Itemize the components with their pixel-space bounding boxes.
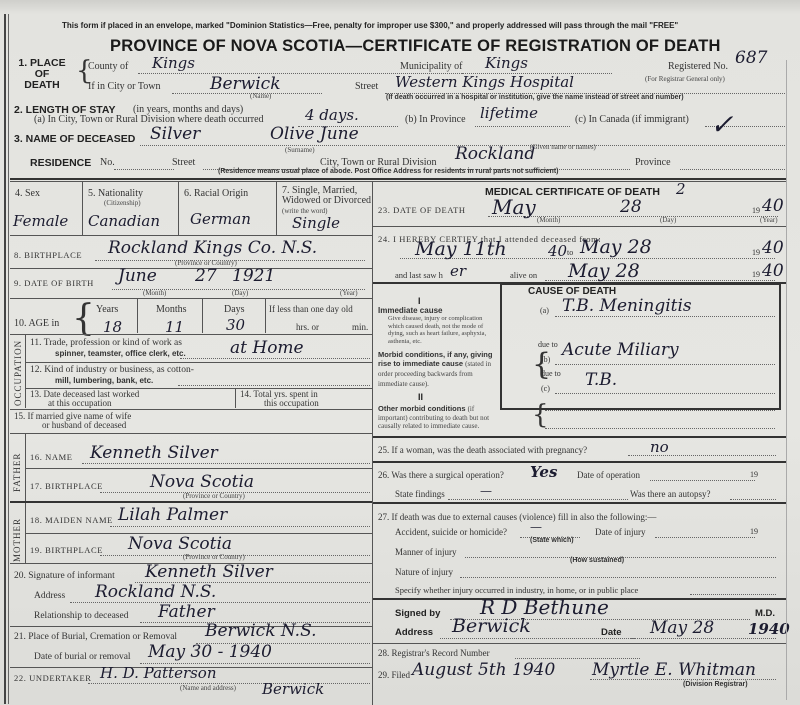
nationality-note: (Citizenship) <box>104 199 141 207</box>
row-divider <box>373 226 786 227</box>
col-divider <box>276 182 277 235</box>
municipality-label: Municipality of <box>400 61 463 72</box>
father-birthplace-label: 17. BIRTHPLACE <box>30 481 103 491</box>
q25-label: 25. If a woman, was the death associated… <box>378 445 587 455</box>
signature-address: Berwick <box>452 615 531 637</box>
dob-year: 1921 <box>232 266 275 286</box>
immediate-cause-note: Give disease, injury or complication whi… <box>388 315 496 345</box>
registered-note: (For Registrar General only) <box>645 75 725 83</box>
brace: { <box>532 400 549 430</box>
death-certificate: This form if placed in an envelope, mark… <box>0 0 800 705</box>
undertaker-name: H. D. Patterson <box>100 664 217 682</box>
nature-line <box>460 577 776 578</box>
autopsy-line <box>730 499 776 500</box>
signature-address-line <box>440 638 635 639</box>
signature-address-label: Address <box>395 627 433 638</box>
row-divider <box>373 643 786 644</box>
injury-year-prefix: 19 <box>750 527 758 536</box>
brace: { <box>72 298 95 339</box>
section-divider <box>10 181 786 182</box>
marital-label-line: Widowed or Divorced <box>282 196 371 206</box>
dod-year: 40 <box>762 196 784 216</box>
signature-date: May 28 <box>650 618 714 638</box>
informant-address-label: Address <box>34 591 65 601</box>
cause-roman-2: II <box>418 392 423 402</box>
burial-date: May 30 - 1940 <box>148 642 272 662</box>
registered-number: 687 <box>735 48 767 68</box>
col-divider <box>235 388 236 408</box>
dob-year-note: (Year) <box>340 289 358 297</box>
dod-month-note: (Month) <box>537 216 560 224</box>
father-birthplace-note: (Province or Country) <box>183 492 245 500</box>
mother-maiden-label: 18. MAIDEN NAME <box>30 515 113 525</box>
street-note: (If death occurred in a hospital or inst… <box>386 94 684 101</box>
burial-place-label: 21. Place of Burial, Cremation or Remova… <box>14 632 177 642</box>
undertaker-note: (Name and address) <box>180 684 236 692</box>
racial-origin-value: German <box>190 210 251 228</box>
operation-date-line <box>650 480 755 481</box>
q13-line2: at this occupation <box>30 399 139 408</box>
morbid-conditions-label: Morbid conditions, if any, giving rise t… <box>378 350 496 389</box>
sex-label: 4. Sex <box>15 188 40 199</box>
row-divider <box>10 235 372 236</box>
q12-examples: mill, lumbering, bank, etc. <box>55 376 153 385</box>
q14-line2: this occupation <box>240 399 319 408</box>
age-days-label: Days <box>224 304 245 315</box>
signature-date-line <box>630 638 776 639</box>
burial-date-label: Date of burial or removal <box>34 652 131 662</box>
burial-place: Berwick N.S. <box>205 621 317 641</box>
registrar-record-line <box>515 658 640 659</box>
injury-date-line <box>655 537 755 538</box>
col-divider <box>25 434 26 563</box>
row-divider <box>10 409 372 410</box>
age-label: 10. AGE in <box>14 318 59 329</box>
state-which-note: (State which) <box>530 537 574 544</box>
dod-day: 28 <box>620 197 642 217</box>
place-of-death-label: 1. PLACE OF DEATH <box>14 58 70 91</box>
father-birthplace: Nova Scotia <box>150 472 254 492</box>
stay-province-label: (b) In Province <box>405 114 466 125</box>
birthplace-value: Rockland Kings Co. N.S. <box>108 238 317 258</box>
county-label: County of <box>88 61 128 72</box>
dod-year-note: (Year) <box>760 216 778 224</box>
residence-province-line <box>680 169 785 170</box>
page-title: PROVINCE OF NOVA SCOTIA—CERTIFICATE OF R… <box>110 37 721 56</box>
father-name-line <box>82 463 370 464</box>
informant-address: Rockland N.S. <box>95 582 216 602</box>
alive-on-label: alive on <box>510 270 537 280</box>
row-divider <box>10 334 372 335</box>
dod-label: 23. DATE OF DEATH <box>378 205 466 215</box>
row-divider <box>10 433 372 434</box>
residence-label: RESIDENCE <box>30 157 91 169</box>
informant-address-line <box>70 602 370 603</box>
cause-a-label: (a) <box>540 306 549 315</box>
cause-a-line <box>555 316 775 317</box>
residence-note: (Residence means usual place of abode. P… <box>218 168 559 175</box>
undertaker-address: Berwick <box>262 680 324 698</box>
residence-city: Rockland <box>455 144 535 164</box>
signature-date-label: Date <box>601 627 622 638</box>
dod-day-note: (Day) <box>660 216 676 224</box>
other-conditions-label: Other morbid conditions (if important) c… <box>378 405 496 431</box>
cause-b-value: Acute Miliary <box>562 340 679 360</box>
checkmark-icon: ✓ <box>710 108 733 141</box>
street-label: Street <box>355 81 378 92</box>
stay-city-value: 4 days. <box>305 106 359 124</box>
right-edge <box>786 60 787 700</box>
row-divider <box>10 501 372 503</box>
stay-city-label: (a) In City, Town or Rural Division wher… <box>34 114 264 125</box>
relationship-value: Father <box>158 602 215 622</box>
given-note: (Given name or names) <box>530 143 596 151</box>
cause-a-value: T.B. Meningitis <box>562 296 692 316</box>
manner-label: Manner of injury <box>395 547 456 557</box>
surname-note: (Surname) <box>285 146 315 154</box>
q11-line <box>180 358 370 359</box>
nature-label: Nature of injury <box>395 567 453 577</box>
alive-year: 40 <box>762 261 784 281</box>
stay-canada-label: (c) In Canada (if immigrant) <box>575 114 689 125</box>
specify-label: Specify whether injury occurred in indus… <box>395 585 638 595</box>
mother-birthplace-note: (Province or Country) <box>183 553 245 561</box>
col-divider <box>265 298 266 333</box>
autopsy-label: Was there an autopsy? <box>630 489 711 499</box>
cause-b-line <box>555 364 775 365</box>
q11-examples: spinner, teamster, office clerk, etc. <box>55 349 186 358</box>
row-divider <box>25 362 372 363</box>
col-divider <box>82 182 83 235</box>
q11-value: at Home <box>230 338 304 358</box>
marital-value: Single <box>292 214 340 232</box>
age-less-label: If less than one day old <box>269 304 353 314</box>
dob-label: 9. DATE OF BIRTH <box>14 278 94 288</box>
division-registrar-signature: Myrtle E. Whitman <box>592 660 756 680</box>
due-to-label-2: due to <box>541 369 561 378</box>
row-divider <box>25 468 372 469</box>
dob-day: 27 <box>195 266 217 286</box>
cause-b-label: (b) <box>541 355 550 364</box>
city-label: If in City or Town <box>88 81 160 92</box>
col-divider <box>137 298 138 333</box>
attended-to: May 28 <box>580 236 652 258</box>
deceased-surname: Silver <box>150 124 200 144</box>
stay-province-line <box>475 126 570 127</box>
q25-value: no <box>650 438 669 456</box>
division-registrar-note: (Division Registrar) <box>683 681 748 688</box>
findings-line <box>448 499 628 500</box>
row-divider <box>373 461 786 463</box>
residence-province-label: Province <box>635 157 671 168</box>
father-name: Kenneth Silver <box>90 443 218 463</box>
mother-birthplace-label: 19. BIRTHPLACE <box>30 545 103 555</box>
dod-month: May <box>492 195 536 219</box>
col-divider <box>202 298 203 333</box>
signed-by-label: Signed by <box>395 608 440 619</box>
mother-birthplace: Nova Scotia <box>128 534 232 554</box>
nationality-label: 5. Nationality <box>88 188 143 199</box>
residence-no-label: No. <box>100 157 115 168</box>
dod-year-prefix: 19 <box>752 206 760 215</box>
medical-title-mark: 2 <box>676 180 686 198</box>
registrar-record-label: 28. Registrar's Record Number <box>378 648 490 658</box>
father-side-label: FATHER <box>12 453 22 492</box>
street-value: Western Kings Hospital <box>395 73 574 91</box>
nationality-value: Canadian <box>88 212 160 230</box>
attended-to-label: to <box>567 248 573 257</box>
racial-origin-label: 6. Racial Origin <box>184 188 248 199</box>
age-min-label: min. <box>352 322 368 332</box>
q15-label: 15. If married give name of wife or husb… <box>14 412 131 430</box>
q11-label: 11. Trade, profession or kind of work as <box>30 338 182 348</box>
mother-maiden-name: Lilah Palmer <box>118 505 227 525</box>
alive-year-prefix: 19 <box>752 270 760 279</box>
dob-day-note: (Day) <box>232 289 248 297</box>
attended-to-year: 40 <box>762 238 784 258</box>
filed-label: 29. Filed <box>378 670 410 680</box>
immediate-cause-label: Immediate cause <box>378 306 442 315</box>
q26-value: Yes <box>530 463 557 481</box>
city-value: Berwick <box>210 74 281 94</box>
city-note: (Name) <box>250 92 271 100</box>
registered-label: Registered No. <box>668 61 728 72</box>
stay-province-value: lifetime <box>480 104 538 122</box>
left-border-inner <box>8 14 9 704</box>
attended-from-year: 40 <box>548 242 567 260</box>
how-sustained-note: (How sustained) <box>570 557 624 564</box>
occupation-side-label: OCCUPATION <box>13 340 23 406</box>
accident-value: — <box>530 520 542 534</box>
row-divider <box>10 626 372 627</box>
birthplace-label: 8. BIRTHPLACE <box>14 250 82 260</box>
relationship-label: Relationship to deceased <box>34 611 128 621</box>
q15-line2: or husband of deceased <box>14 421 131 430</box>
last-saw-label: and last saw h <box>395 270 443 280</box>
cause-roman-1: I <box>418 296 421 306</box>
specify-line <box>690 594 776 595</box>
dob-month: June <box>118 266 157 286</box>
deceased-given-names: Olive June <box>270 124 359 144</box>
row-divider <box>373 502 786 504</box>
left-border <box>4 14 6 704</box>
col-divider <box>178 182 179 235</box>
informant-signature: Kenneth Silver <box>145 562 273 582</box>
signature-year: 1940 <box>748 620 790 638</box>
deceased-name-label: 3. NAME OF DECEASED <box>14 133 135 145</box>
q26-label: 26. Was there a surgical operation? <box>378 470 504 480</box>
cause-c-line <box>555 393 775 394</box>
mailing-notice: This form if placed in an envelope, mark… <box>62 21 678 30</box>
operation-year-prefix: 19 <box>750 470 758 479</box>
findings-label: State findings <box>395 489 445 499</box>
q12-line <box>178 385 370 386</box>
age-years-label: Years <box>96 304 118 315</box>
other-line-2 <box>545 428 775 429</box>
operation-date-label: Date of operation <box>577 470 640 480</box>
sex-value: Female <box>13 212 68 230</box>
father-name-label: 16. NAME <box>30 452 73 462</box>
marital-label: 7. Single, Married, Widowed or Divorced … <box>282 186 371 216</box>
other-line-1 <box>545 410 775 411</box>
undertaker-label: 22. UNDERTAKER <box>14 673 92 683</box>
dob-month-note: (Month) <box>143 289 166 297</box>
attended-to-year-prefix: 19 <box>752 248 760 257</box>
county-value: Kings <box>152 54 195 72</box>
findings-value: — <box>480 484 492 498</box>
residence-street-label: Street <box>172 157 195 168</box>
informant-signature-label: 20. Signature of informant <box>14 571 115 581</box>
col-divider <box>25 335 26 408</box>
q27-label: 27. If death was due to external causes … <box>378 512 656 522</box>
filed-date: August 5th 1940 <box>412 660 555 680</box>
alive-date: May 28 <box>568 260 640 282</box>
cause-c-label: (c) <box>541 384 550 393</box>
municipality-value: Kings <box>485 54 528 72</box>
age-hrs-label: hrs. or <box>296 322 319 332</box>
last-saw-suffix: er <box>450 262 466 280</box>
row-divider <box>373 436 786 438</box>
q14-label: 14. Total yrs. spent in this occupation <box>240 390 319 408</box>
mother-maiden-line <box>110 526 370 527</box>
age-days: 30 <box>226 316 245 334</box>
attended-from: May 11th <box>415 238 507 260</box>
mother-side-label: MOTHER <box>12 518 22 562</box>
age-months-label: Months <box>156 304 187 315</box>
row-divider <box>10 268 372 269</box>
md-label: M.D. <box>755 608 775 619</box>
col-divider <box>372 182 373 705</box>
q13-label: 13. Date deceased last worked at this oc… <box>30 390 139 408</box>
cause-c-value: T.B. <box>585 370 617 390</box>
other-label: Other morbid conditions <box>378 404 466 413</box>
accident-label: Accident, suicide or homicide? <box>395 527 507 537</box>
q12-label: 12. Kind of industry or business, as cot… <box>30 365 194 375</box>
injury-date-label: Date of injury <box>595 527 645 537</box>
label-line: DEATH <box>14 80 70 91</box>
residence-city-label: City, Town or Rural Division <box>320 157 437 168</box>
section-divider <box>10 178 786 180</box>
row-divider <box>10 298 372 299</box>
residence-no-line <box>114 169 174 170</box>
